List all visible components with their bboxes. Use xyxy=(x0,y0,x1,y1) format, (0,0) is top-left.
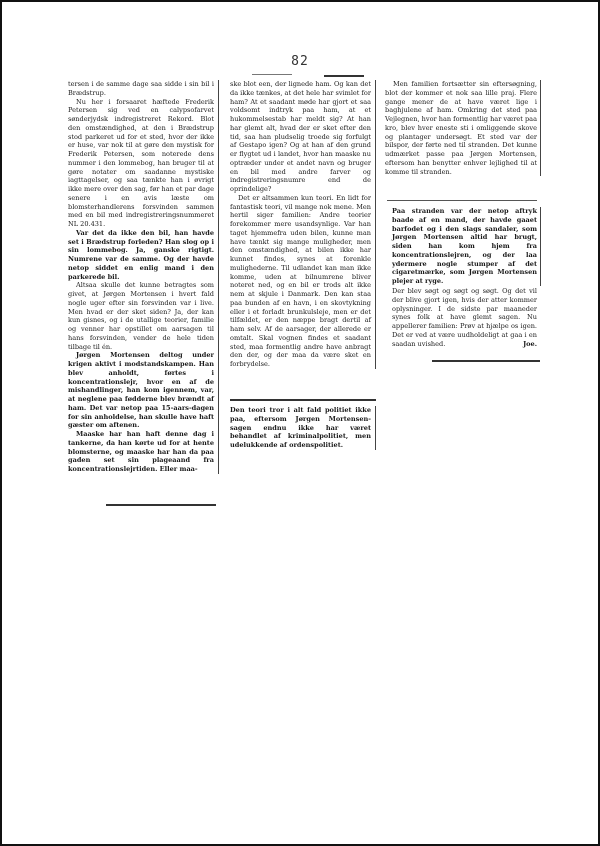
paragraph: ske blot een, der lignede ham. Og kan de… xyxy=(230,80,371,194)
column-end-rule xyxy=(106,504,216,506)
author-signature: Joe. xyxy=(523,340,537,349)
article-column-right-end: Der blev søgt og søgt og søgt. Og det vi… xyxy=(392,287,537,348)
paragraph: Var det da ikke den bil, han havde set i… xyxy=(68,229,214,282)
paragraph: Paa stranden var der netop aftryk baade … xyxy=(392,207,537,286)
paragraph: Altsaa skulle det kunne betragtes som gi… xyxy=(68,281,214,351)
column-rule xyxy=(230,399,376,401)
paragraph: Nu her i forsaaret hæftede Frederik Pete… xyxy=(68,98,214,229)
paragraph: Maaske har han haft denne dag i tankerne… xyxy=(68,430,214,474)
article-column-left: tersen i de samme dage saa sidde i sin b… xyxy=(68,80,219,474)
article-column-right: Men familien fortsætter sin eftersøgning… xyxy=(385,80,541,176)
article-column-middle: ske blot een, der lignede ham. Og kan de… xyxy=(230,80,376,369)
paragraph: Den teori tror i alt fald politiet ikke … xyxy=(230,406,371,450)
article-box-right: Paa stranden var der netop aftryk baade … xyxy=(392,207,541,286)
column-rule xyxy=(252,74,292,75)
scanned-page: 82 tersen i de samme dage saa sidde i si… xyxy=(0,0,600,846)
column-rule xyxy=(324,75,364,77)
paragraph: Jørgen Mortensen deltog under krigen akt… xyxy=(68,351,214,430)
paragraph: Der blev søgt og søgt og søgt. Og det vi… xyxy=(392,287,537,348)
paragraph: Det er altsammen kun teori. En lidt for … xyxy=(230,194,371,369)
paragraph: tersen i de samme dage saa sidde i sin b… xyxy=(68,80,214,98)
article-box-middle: Den teori tror i alt fald politiet ikke … xyxy=(230,406,376,450)
column-rule xyxy=(387,200,537,201)
article-end-rule xyxy=(432,360,540,362)
paragraph: Men familien fortsætter sin eftersøgning… xyxy=(385,80,537,176)
page-number: 82 xyxy=(2,54,598,69)
